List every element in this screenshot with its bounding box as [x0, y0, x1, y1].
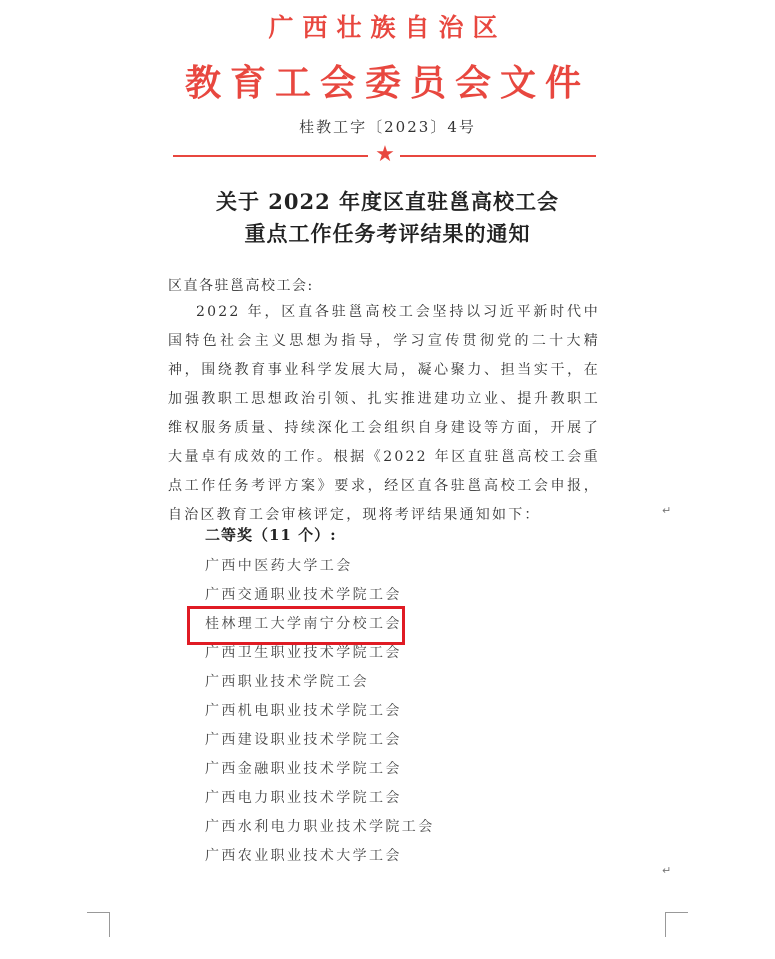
document-number: 桂教工字〔2023〕4号: [0, 116, 775, 137]
award-heading: 二等奖（11 个）:: [205, 524, 337, 545]
list-item: 广西职业技术学院工会: [205, 668, 435, 697]
issuing-org-line1: 广西壮族自治区: [0, 8, 775, 44]
red-highlight-box: [187, 606, 405, 645]
notice-title-line2: 重点工作任务考评结果的通知: [0, 218, 775, 248]
star-icon: ★: [373, 143, 397, 167]
list-item: 广西农业职业技术大学工会: [205, 842, 435, 871]
issuing-org-line2: 教育工会委员会文件: [0, 55, 775, 106]
page-corner-mark-right: [665, 912, 688, 937]
list-item: 广西中医药大学工会: [205, 552, 435, 581]
notice-title-line1: 关于 2022 年度区直驻邕高校工会: [0, 186, 775, 216]
list-item: 广西水利电力职业技术学院工会: [205, 813, 435, 842]
list-item: 广西电力职业技术学院工会: [205, 784, 435, 813]
red-separator-left: [173, 155, 368, 157]
paragraph-mark-icon: ↵: [662, 504, 671, 517]
list-item: 广西建设职业技术学院工会: [205, 726, 435, 755]
paragraph-mark-icon: ↵: [662, 864, 671, 877]
salutation: 区直各驻邕高校工会:: [168, 275, 314, 295]
list-item: 广西金融职业技术学院工会: [205, 755, 435, 784]
page-corner-mark-left: [87, 912, 110, 937]
body-paragraph-text: 2022 年，区直各驻邕高校工会坚持以习近平新时代中国特色社会主义思想为指导，学…: [168, 304, 600, 523]
list-item: 广西机电职业技术学院工会: [205, 697, 435, 726]
red-separator-right: [400, 155, 596, 157]
body-paragraph: 2022 年，区直各驻邕高校工会坚持以习近平新时代中国特色社会主义思想为指导，学…: [168, 298, 600, 530]
award-list: 广西中医药大学工会 广西交通职业技术学院工会 桂林理工大学南宁分校工会 广西卫生…: [205, 552, 435, 871]
